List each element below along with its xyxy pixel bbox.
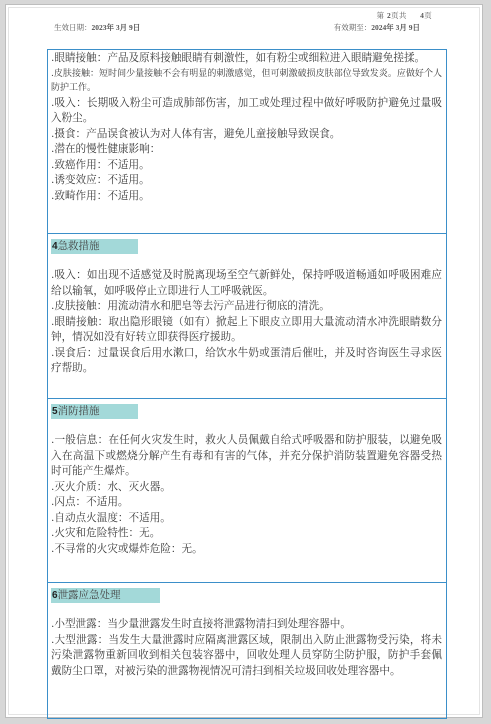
line-ingestion: .摄食：产品误食被认为对人体有害，避免儿童接触导致误食。: [51, 127, 442, 143]
line-eye-contact: .眼睛接触：取出隐形眼镜（如有）掀起上下眼皮立即用大量流动清水冲洗眼睛数分钟，情…: [51, 315, 442, 346]
expiry-date: 有效期至：2024年 3月 9日: [334, 22, 420, 33]
section-first-aid: 4急救措施 .吸入：如出现不适感觉及时脱离现场至空气新鲜处，保持呼吸道畅通如呼吸…: [48, 233, 446, 398]
line-large-spill: .大型泄露：当发生大量泄露时应隔离泄露区域，限制出入防止泄露物受污染，将未污染泄…: [51, 633, 442, 680]
line-ingestion: .误食后：过量误食后用水漱口，给饮水牛奶或蛋清后催吐，并及时咨询医生寻求医疗帮助…: [51, 346, 442, 377]
section-title-text: 急救措施: [58, 240, 100, 252]
line-chronic-effects: .潜在的慢性健康影响：: [51, 142, 442, 158]
line-teratogenicity: .致畸作用：不适用。: [51, 189, 442, 205]
content-table: .眼睛接触：产品及原料接触眼睛有刺激性，如有粉尘或细粒进入眼睛避免搓揉。 .皮肤…: [47, 49, 447, 719]
section-spill-response: 6泄露应急处理 .小型泄露：当少量泄露发生时直接将泄露物清扫到处理容器中。 .大…: [48, 582, 446, 718]
line-skin-contact: .皮肤接触：短时间少量接触不会有明显的刺激感觉，但可刺激破损皮肤部位导致发炎。应…: [51, 67, 442, 96]
section-lines: .眼睛接触：产品及原料接触眼睛有刺激性，如有粉尘或细粒进入眼睛避免搓揉。 .皮肤…: [48, 50, 446, 204]
page-label-mid: 页共: [391, 11, 407, 20]
line-flash-point: .闪点：不适用。: [51, 495, 442, 511]
line-mutagenicity: .诱变效应：不适用。: [51, 173, 442, 189]
effective-date-label: 生效日期：: [54, 23, 92, 32]
section-lines: .小型泄露：当少量泄露发生时直接将泄露物清扫到处理容器中。 .大型泄露：当发生大…: [48, 603, 446, 679]
line-inhalation: .吸入：长期吸入粉尘可造成肺部伤害，加工或处理过程中做好呼吸防护避免过量吸入粉尘…: [51, 96, 442, 127]
section-lines: .一般信息：在任何火灾发生时，救火人员佩戴自给式呼吸器和防护服装，以避免吸入在高…: [48, 419, 446, 557]
expiry-date-value: 2024年 3月 9日: [371, 23, 420, 32]
section-lines: .吸入：如出现不适感觉及时脱离现场至空气新鲜处，保持呼吸道畅通如呼吸困难应给以输…: [48, 254, 446, 377]
line-fire-hazards: .火灾和危险特性：无。: [51, 526, 442, 542]
line-skin-contact: .皮肤接触：用流动清水和肥皂等去污产品进行彻底的清洗。: [51, 299, 442, 315]
line-small-spill: .小型泄露：当少量泄露发生时直接将泄露物清扫到处理容器中。: [51, 617, 442, 633]
line-extinguishing-media: .灭火介质：水、灭火器。: [51, 480, 442, 496]
effective-date: 生效日期：2023年 3月 9日: [54, 22, 140, 33]
document-page: 第 2页共 4页 生效日期：2023年 3月 9日 有效期至：2024年 3月 …: [5, 4, 483, 718]
line-autoignition: .自动点火温度：不适用。: [51, 511, 442, 527]
page-label-prefix: 第: [377, 11, 385, 20]
section-title-text: 消防措施: [58, 405, 100, 417]
effective-date-value: 2023年 3月 9日: [92, 23, 141, 32]
line-general-info: .一般信息：在任何火灾发生时，救火人员佩戴自给式呼吸器和防护服装，以避免吸入在高…: [51, 433, 442, 480]
line-unusual-hazards: .不寻常的火灾或爆炸危险：无。: [51, 542, 442, 558]
line-carcinogenicity: .致癌作用：不适用。: [51, 158, 442, 174]
line-inhalation: .吸入：如出现不适感觉及时脱离现场至空气新鲜处，保持呼吸道畅通如呼吸困难应给以输…: [51, 268, 442, 299]
line-eye-contact: .眼睛接触：产品及原料接触眼睛有刺激性，如有粉尘或细粒进入眼睛避免搓揉。: [51, 51, 442, 67]
section-title: 6泄露应急处理: [51, 588, 160, 603]
section-title: 5消防措施: [51, 404, 138, 419]
section-fire-fighting: 5消防措施 .一般信息：在任何火灾发生时，救火人员佩戴自给式呼吸器和防护服装，以…: [48, 398, 446, 582]
section-title: 4急救措施: [51, 239, 138, 254]
section-health-effects: .眼睛接触：产品及原料接触眼睛有刺激性，如有粉尘或细粒进入眼睛避免搓揉。 .皮肤…: [48, 50, 446, 233]
page-label-suffix: 页: [424, 11, 432, 20]
expiry-date-label: 有效期至：: [334, 23, 372, 32]
section-title-text: 泄露应急处理: [58, 589, 121, 601]
page-counter: 第 2页共 4页: [377, 10, 432, 21]
